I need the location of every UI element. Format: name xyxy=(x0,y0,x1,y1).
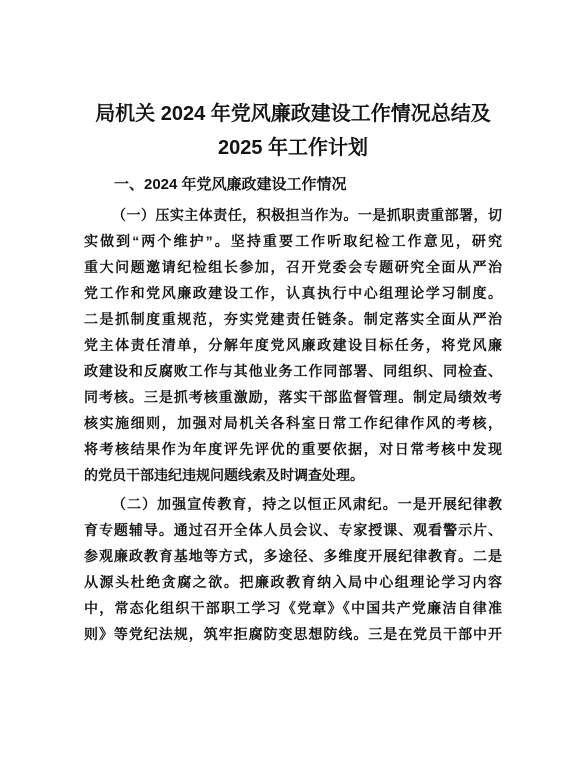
text-line: 中，常态化组织干部职工学习《党章》《中国共产党廉洁自律准 xyxy=(84,595,502,621)
text-line: （二）加强宣传教育，持之以恒正风肃纪。一是开展纪律教 xyxy=(84,491,502,517)
text-line: 同考核。三是抓考核重激励，落实干部监督管理。制定局绩效考 xyxy=(84,384,502,410)
text-line: 实做到“两个维护”。坚持重要工作听取纪检工作意见，研究 xyxy=(84,228,502,254)
text-line: 政建设和反腐败工作与其他业务工作同部署、同组织、同检查、 xyxy=(84,358,502,384)
text-line: 育专题辅导。通过召开全体人员会议、专家授课、观看警示片、 xyxy=(84,517,502,543)
text-line: 党工作和党风廉政建设工作，认真执行中心组理论学习制度。 xyxy=(84,280,502,306)
document-title-line-1: 局机关 2024 年党风廉政建设工作情况总结及 xyxy=(84,97,502,131)
document-title-line-2: 2025 年工作计划 xyxy=(84,131,502,165)
text-line: 重大问题邀请纪检组长参加，召开党委会专题研究全面从严治 xyxy=(84,254,502,280)
document-page: 局机关 2024 年党风廉政建设工作情况总结及 2025 年工作计划 一、202… xyxy=(0,0,586,759)
text-line: 的党员干部违纪违规问题线索及时调查处理。 xyxy=(84,462,502,488)
paragraph-1: （一）压实主体责任，积极担当作为。一是抓职责重部署，切 实做到“两个维护”。坚持… xyxy=(84,202,502,488)
text-line: 党主体责任清单，分解年度党风廉政建设目标任务，将党风廉 xyxy=(84,332,502,358)
text-line: 参观廉政教育基地等方式，多途径、多维度开展纪律教育。二是 xyxy=(84,543,502,569)
section-heading: 一、2024 年党风廉政建设工作情况 xyxy=(84,171,502,199)
text-line: 则》等党纪法规，筑牢拒腐防变思想防线。三是在党员干部中开 xyxy=(84,621,502,647)
document-title: 局机关 2024 年党风廉政建设工作情况总结及 2025 年工作计划 xyxy=(84,97,502,165)
text-line: 将考核结果作为年度评先评优的重要依据，对日常考核中发现 xyxy=(84,436,502,462)
text-line: （一）压实主体责任，积极担当作为。一是抓职责重部署，切 xyxy=(84,202,502,228)
text-line: 从源头杜绝贪腐之欲。把廉政教育纳入局中心组理论学习内容 xyxy=(84,569,502,595)
paragraph-2: （二）加强宣传教育，持之以恒正风肃纪。一是开展纪律教 育专题辅导。通过召开全体人… xyxy=(84,491,502,647)
text-line: 二是抓制度重规范，夯实党建责任链条。制定落实全面从严治 xyxy=(84,306,502,332)
text-line: 核实施细则，加强对局机关各科室日常工作纪律作风的考核， xyxy=(84,410,502,436)
